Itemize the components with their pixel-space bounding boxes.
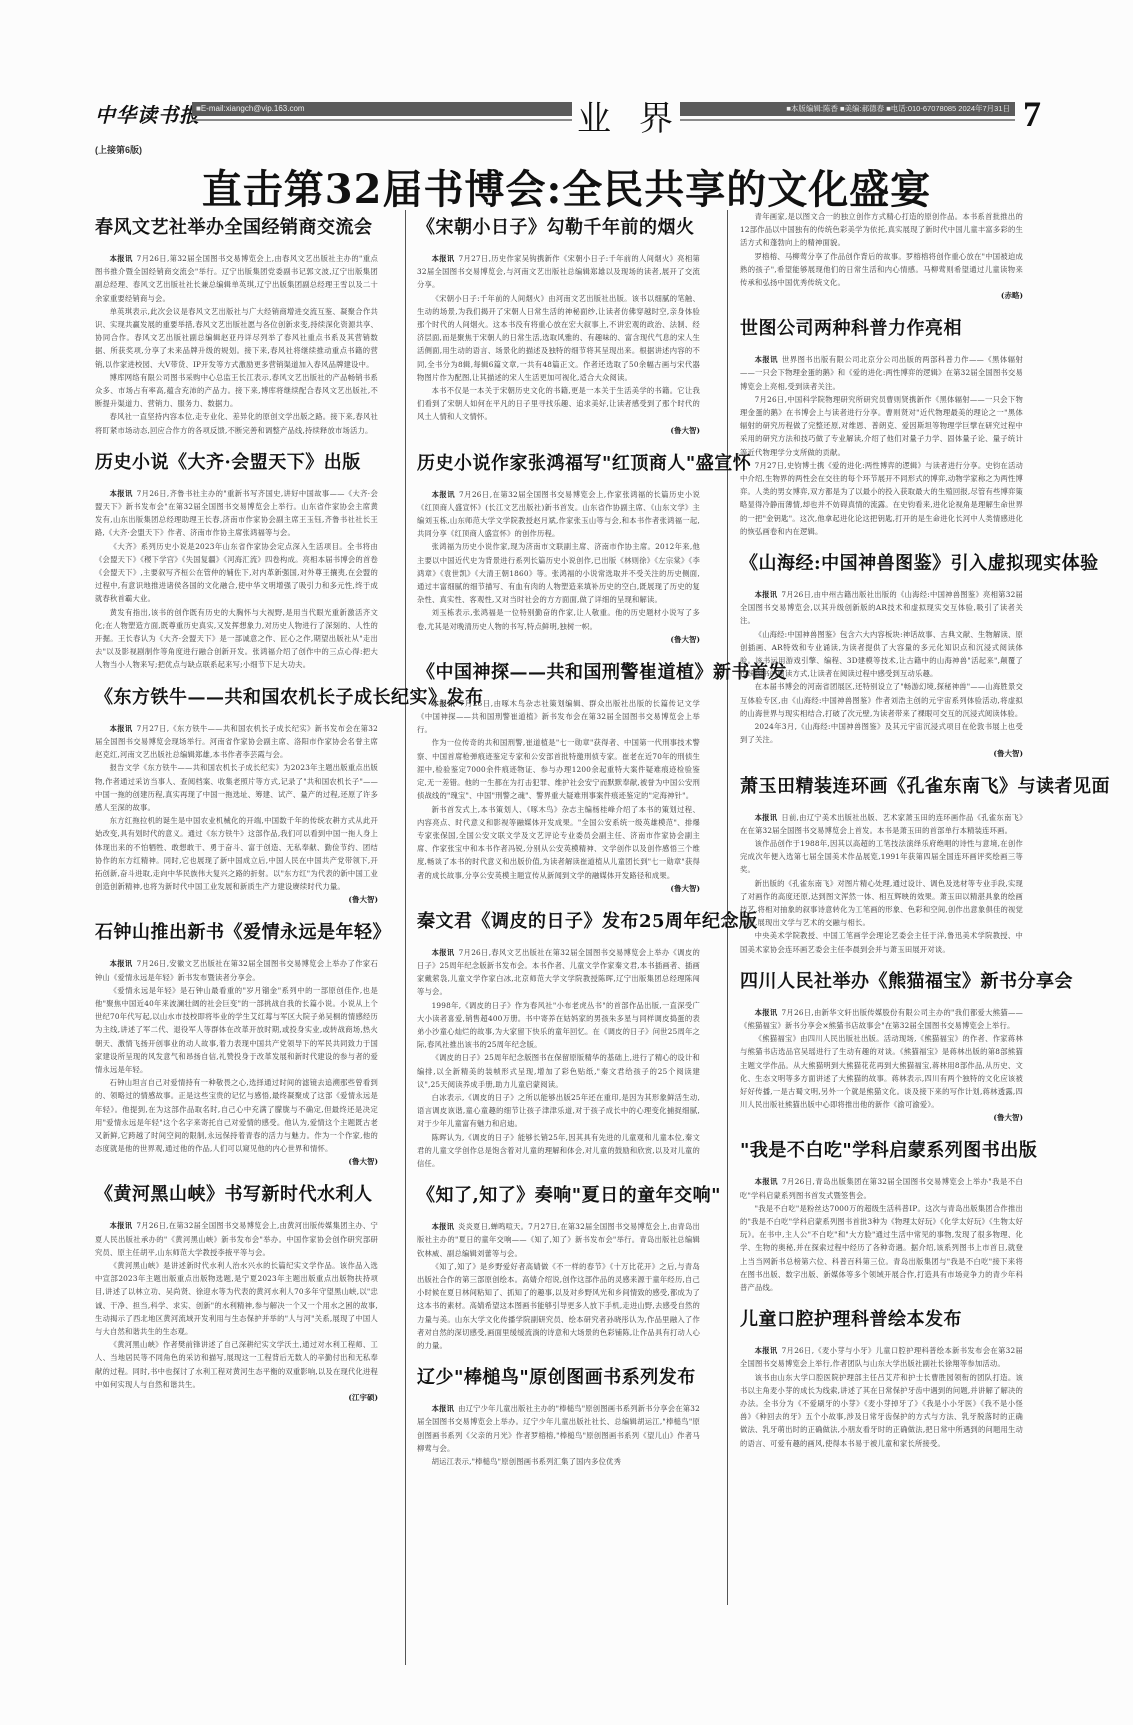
author-byline: (江宇硕)	[95, 1391, 378, 1405]
article-paragraph: 作为一位传奇的共和国刑警,崔道植是"七一勋章"获得者、中国第一代刑事技术警察、中…	[417, 736, 700, 802]
dateline: 本报讯	[755, 590, 778, 599]
dateline: 本报讯	[755, 1346, 778, 1355]
article-paragraph: 《知了,知了》是乡野爱好者高婧做《不一样的春节》《十万比花开》之后,与青岛出版社…	[417, 1260, 700, 1352]
article-paragraph: 石钟山坦言自己对爱情持有一种敬畏之心,选择通过时间的滤镜去追溯那些曾看到的、领略…	[95, 1076, 378, 1155]
divider	[680, 119, 1015, 121]
author-byline: (鲁大智)	[740, 1111, 1023, 1125]
article-paragraph: 本报讯7月26日,《麦小芽与小牙》儿童口腔护理科普绘本新书发布会在第32届全国图…	[740, 1344, 1023, 1370]
article-paragraph: 新书首发式上,本书策划人、《啄木鸟》杂志主编杨桂峰介绍了本书的策划过程、内容亮点…	[417, 803, 700, 882]
dateline: 本报讯	[755, 1008, 778, 1017]
article-title: 《山海经:中国神兽图鉴》引入虚拟现实体验	[740, 552, 1023, 576]
article: 历史小说作家张鸿福写"红顶商人"盛宣怀本报讯7月26日,在第32届全国图书交易博…	[417, 452, 700, 647]
paragraph-text: 7月26日,安徽文艺出版社在第32届全国图书交易博览会上举办了作家石钟山《爱情永…	[95, 959, 378, 981]
article-paragraph: 本报讯7月26日,由啄木鸟杂志社策划编辑、群众出版社出版的长篇传记文学《中国神探…	[417, 697, 700, 737]
article-title: 四川人民社举办《熊猫福宝》新书分享会	[740, 970, 1023, 994]
author-byline: (鲁大智)	[95, 1155, 378, 1169]
dateline: 本报讯	[110, 724, 133, 733]
article-paragraph: 本报讯7月26日,齐鲁书社主办的"重新书写齐国史,讲好中国故事——《大齐·会盟天…	[95, 487, 378, 540]
article-paragraph: 《爱情永远是年轻》是石钟山最看重的"岁月镏金"系列中的一部原创佳作,也是他"聚焦…	[95, 984, 378, 1076]
dateline: 本报讯	[110, 1221, 133, 1230]
article-paragraph: 本书不仅是一本关于宋朝历史文化的书籍,更是一本关于生活美学的书籍。它让我们看到了…	[417, 384, 700, 424]
article: 《中国神探——共和国刑警崔道植》新书首发本报讯7月26日,由啄木鸟杂志社策划编辑…	[417, 661, 700, 896]
article: "我是不白吃"学科启蒙系列图书出版本报讯7月26日,青岛出版集团在第32届全国图…	[740, 1139, 1023, 1294]
author-byline: (鲁大智)	[417, 633, 700, 647]
article-paragraph: 本报讯由辽宁少年儿童出版社主办的"棒槌鸟"原创图画书系列新书分享会在第32届全国…	[417, 1402, 700, 1455]
article-paragraph: 罗榕榕、马柳莺分享了作品创作背后的故事。罗榕榕将创作重心放在"中国被迫成熟的孩子…	[740, 250, 1023, 290]
author-byline: (鲁大智)	[417, 424, 700, 438]
dateline: 本报讯	[432, 254, 455, 263]
paragraph-text: 7月26日,由新华文轩出版传媒股份有限公司主办的"我们都爱大熊猫——《熊猫福宝》…	[740, 1008, 1023, 1030]
article: 《黄河黑山峡》书写新时代水利人本报讯7月26日,在第32届全国图书交易博览会上,…	[95, 1183, 378, 1405]
article-paragraph: 陈晖认为,《调皮的日子》能够长销25年,因其具有先进的儿童观和儿童本位,秦文君的…	[417, 1131, 700, 1171]
author-byline: (鲁大智)	[417, 882, 700, 896]
article: 萧玉田精装连环画《孔雀东南飞》与读者见面本报讯日前,由辽宁美术出版社出版、艺术家…	[740, 775, 1023, 956]
article: 四川人民社举办《熊猫福宝》新书分享会本报讯7月26日,由新华文轩出版传媒股份有限…	[740, 970, 1023, 1126]
article-paragraph: 在本届书博会的河南省团展区,还特别设立了"畅游幻境,探秘神兽"——山海胜景交互体…	[740, 680, 1023, 720]
paragraph-text: 7月26日,青岛出版集团在第32届全国图书交易博览会上举办"我是不白吃"学科启蒙…	[740, 1177, 1023, 1199]
column-divider	[405, 210, 406, 1665]
article-paragraph: 《熊猫福宝》由四川人民出版社出版。活动现场,《熊猫福宝》的作者、作家蒋林与熊猫书…	[740, 1032, 1023, 1111]
article-paragraph: 该书由山东大学口腔医院护理部主任吕艾芹和护士长曹胜园领衔的团队打造。该书以主角麦…	[740, 1371, 1023, 1450]
article: 春风文艺社举办全国经销商交流会本报讯7月26日,第32届全国图书交易博览会上,由…	[95, 216, 378, 437]
paragraph-text: 7月27日,《东方铁牛——共和国农机长子成长纪实》新书发布会在第32届全国图书交…	[95, 724, 378, 759]
article-title: 《宋朝小日子》勾勒千年前的烟火	[417, 216, 700, 240]
newspaper-page: 中华读书报 ■E-mail:xiangch@vip.163.com 业界 ■本版…	[0, 0, 1133, 1725]
article: 《宋朝小日子》勾勒千年前的烟火本报讯7月27日,历史作家吴钩携新作《宋朝小日子:…	[417, 216, 700, 438]
author-byline: (鲁大智)	[95, 893, 378, 907]
article-paragraph: 胡运江表示,"棒槌鸟"原创图画书系列汇集了国内多位优秀	[417, 1455, 700, 1468]
article-paragraph: 单英琪表示,此次会议是春风文艺出版社与广大经销商增进交流互鉴、凝聚合作共识、实现…	[95, 305, 378, 371]
masthead: 中华读书报 ■E-mail:xiangch@vip.163.com 业界 ■本版…	[95, 95, 1040, 143]
article-paragraph: 本报讯7月26日,在第32届全国图书交易博览会上,由黄河出版传媒集团主办、宁夏人…	[95, 1219, 378, 1259]
article: 青年画家,是以图文合一的独立创作方式精心打造的原创作品。本书系首批推出的12部作…	[740, 210, 1023, 303]
paragraph-text: 世界图书出版有限公司北京分公司出版的两部科普力作——《黑体辐射——一只会下物理金…	[740, 355, 1023, 390]
article-paragraph: "我是不白吃"是粉丝达7000万的超级生活科普IP。这次与青岛出版集团合作推出的…	[740, 1202, 1023, 1294]
paragraph-text: 日前,由辽宁美术出版社出版、艺术家萧玉田的连环画作品《孔雀东南飞》在在第32届全…	[740, 813, 1023, 835]
article-title: 《东方铁牛——共和国农机长子成长纪实》发布	[95, 686, 378, 710]
paragraph-text: 7月26日,在第32届全国图书交易博览会上,作家张鸿福的长篇历史小说《红顶商人盛…	[417, 490, 700, 539]
column-3: 青年画家,是以图文合一的独立创作方式精心打造的原创作品。本书系首批推出的12部作…	[740, 210, 1023, 1464]
article-title: 历史小说作家张鸿福写"红顶商人"盛宣怀	[417, 452, 700, 476]
paragraph-text: 7月26日,齐鲁书社主办的"重新书写齐国史,讲好中国故事——《大齐·会盟天下》新…	[95, 489, 378, 538]
divider	[192, 119, 572, 121]
article-title: 萧玉田精装连环画《孔雀东南飞》与读者见面	[740, 775, 1023, 799]
newspaper-logo: 中华读书报	[95, 99, 200, 128]
article-title: 《中国神探——共和国刑警崔道植》新书首发	[417, 661, 700, 685]
article-paragraph: 中央美术学院教授、中国工笔画学会理论艺委会主任于洋,鲁迅美术学院教授、中国美术家…	[740, 929, 1023, 955]
article-paragraph: 《黄河黑山峡》作者樊前锋讲述了自己深耕纪实文学沃土,通过对水利工程师、工人、当地…	[95, 1338, 378, 1391]
article-paragraph: 报告文学《东方铁牛——共和国农机长子成长纪实》为2023年主题出版重点出版物,作…	[95, 761, 378, 814]
email-bar: ■E-mail:xiangch@vip.163.com	[192, 102, 572, 116]
article-paragraph: 本报讯日前,由辽宁美术出版社出版、艺术家萧玉田的连环画作品《孔雀东南飞》在在第3…	[740, 811, 1023, 837]
article-paragraph: 1998年,《调皮的日子》作为春风社"小布老虎丛书"的首部作品出版,一直深受广大…	[417, 999, 700, 1052]
article-paragraph: 本报讯7月26日,青岛出版集团在第32届全国图书交易博览会上举办"我是不白吃"学…	[740, 1175, 1023, 1201]
article-paragraph: 7月26日,中国科学院物理研究所研究员曹则贤携新作《黑体辐射——一只会下物理金蛋…	[740, 393, 1023, 459]
article: 历史小说《大齐·会盟天下》出版本报讯7月26日,齐鲁书社主办的"重新书写齐国史,…	[95, 451, 378, 672]
paragraph-text: 7月26日,由中州古籍出版社出版的《山海经:中国神兽图鉴》亮相第32届全国图书交…	[740, 590, 1023, 625]
dateline: 本报讯	[755, 813, 778, 822]
paragraph-text: 7月26日,由啄木鸟杂志社策划编辑、群众出版社出版的长篇传记文学《中国神探——共…	[417, 699, 700, 734]
author-byline: (鲁大智)	[740, 747, 1023, 761]
paragraph-text: 7月26日,春风文艺出版社在第32届全国图书交易博览会上举办《调皮的日子》25周…	[417, 948, 700, 997]
dateline: 本报讯	[432, 699, 456, 708]
article-paragraph: 本报讯7月26日,由中州古籍出版社出版的《山海经:中国神兽图鉴》亮相第32届全国…	[740, 588, 1023, 628]
dateline: 本报讯	[432, 1222, 455, 1231]
column-divider	[727, 210, 728, 1605]
article-title: 《知了,知了》奏响"夏日的童年交响"	[417, 1184, 700, 1208]
article-title: 春风文艺社举办全国经销商交流会	[95, 216, 378, 240]
article-paragraph: 《宋朝小日子:千年前的人间烟火》由河南文艺出版社出版。该书以细腻的笔触、生动的场…	[417, 292, 700, 384]
editor-info-bar: ■本版编辑:陈香 ■美编:郝德春 ■电话:010-67078085 2024年7…	[680, 102, 1015, 116]
paragraph-text: 由辽宁少年儿童出版社主办的"棒槌鸟"原创图画书系列新书分享会在第32届全国图书交…	[417, 1404, 700, 1453]
dateline: 本报讯	[432, 948, 455, 957]
continued-note: (上接第6版)	[95, 143, 142, 156]
article-paragraph: 本报讯炎炎夏日,蝉鸣喧天。7月27日,在第32届全国图书交易博览会上,由青岛出版…	[417, 1220, 700, 1260]
dateline: 本报讯	[110, 959, 133, 968]
dateline: 本报讯	[755, 1177, 778, 1186]
article-paragraph: 《黄河黑山峡》是讲述新时代水利人治水兴水的长篇纪实文学作品。该作品入选中宣部20…	[95, 1259, 378, 1338]
article-paragraph: 青年画家,是以图文合一的独立创作方式精心打造的原创作品。本书系首批推出的12部作…	[740, 210, 1023, 250]
column-2: 《宋朝小日子》勾勒千年前的烟火本报讯7月27日,历史作家吴钩携新作《宋朝小日子:…	[417, 210, 700, 1482]
article-title: 历史小说《大齐·会盟天下》出版	[95, 451, 378, 475]
article-paragraph: 本报讯7月27日,《东方铁牛——共和国农机长子成长纪实》新书发布会在第32届全国…	[95, 722, 378, 762]
page-headline: 直击第32届书博会:全民共享的文化盛宴	[0, 158, 1133, 215]
article-paragraph: 《山海经:中国神兽图鉴》包含六大内容板块:神话故事、古典文献、生物解读、原创插画…	[740, 628, 1023, 681]
article-paragraph: 本报讯7月27日,历史作家吴钩携新作《宋朝小日子:千年前的人间烟火》亮相第32届…	[417, 252, 700, 292]
article-paragraph: 本报讯7月26日,由新华文轩出版传媒股份有限公司主办的"我们都爱大熊猫——《熊猫…	[740, 1006, 1023, 1032]
article: 《知了,知了》奏响"夏日的童年交响"本报讯炎炎夏日,蝉鸣喧天。7月27日,在第3…	[417, 1184, 700, 1352]
column-1: 春风文艺社举办全国经销商交流会本报讯7月26日,第32届全国图书交易博览会上,由…	[95, 210, 378, 1419]
page-number: 7	[1023, 93, 1041, 135]
dateline: 本报讯	[432, 490, 455, 499]
paragraph-text: 7月26日,第32届全国图书交易博览会上,由春风文艺出版社主办的"重点图书推介暨…	[95, 254, 378, 303]
paragraph-text: 7月26日,《麦小芽与小牙》儿童口腔护理科普绘本新书发布会在第32届全国图书交易…	[740, 1346, 1023, 1368]
paragraph-text: 7月27日,历史作家吴钩携新作《宋朝小日子:千年前的人间烟火》亮相第32届全国图…	[417, 254, 700, 289]
article-paragraph: 《大齐》系列历史小说是2023年山东省作家协会定点深入生活项目。全书将由《会盟天…	[95, 540, 378, 606]
article: 秦文君《调皮的日子》发布25周年纪念版本报讯7月26日,春风文艺出版社在第32届…	[417, 910, 700, 1170]
article: 辽少"棒槌鸟"原创图画书系列发布本报讯由辽宁少年儿童出版社主办的"棒槌鸟"原创图…	[417, 1366, 700, 1468]
dateline: 本报讯	[755, 355, 778, 364]
dateline: 本报讯	[110, 489, 133, 498]
article-paragraph: 博库网络有限公司图书采购中心总监王长江表示,春风文艺出版社的产品畅销书系众多、市…	[95, 371, 378, 411]
article: 石钟山推出新书《爱情永远是年轻》本报讯7月26日,安徽文艺出版社在第32届全国图…	[95, 921, 378, 1169]
article-title: 世图公司两种科普力作亮相	[740, 317, 1023, 341]
article: 世图公司两种科普力作亮相本报讯世界图书出版有限公司北京分公司出版的两部科普力作—…	[740, 317, 1023, 538]
article-title: 石钟山推出新书《爱情永远是年轻》	[95, 921, 378, 945]
paragraph-text: 7月26日,在第32届全国图书交易博览会上,由黄河出版传媒集团主办、宁夏人民出版…	[95, 1221, 378, 1256]
article-paragraph: 黄发有指出,该书的创作既有历史的大胸怀与大视野,是用当代眼光重新激活齐文化;在人…	[95, 606, 378, 672]
author-byline: (赤略)	[740, 289, 1023, 303]
article-paragraph: 《调皮的日子》25周年纪念版图书在保留原版精华的基础上,进行了精心的设计和编排,…	[417, 1051, 700, 1091]
article-paragraph: 春风社一直坚持内容本位,走专业化、差异化的原创文学出版之路。接下来,春风社将盯紧…	[95, 410, 378, 436]
dateline: 本报讯	[110, 254, 133, 263]
article-paragraph: 本报讯7月26日,第32届全国图书交易博览会上,由春风文艺出版社主办的"重点图书…	[95, 252, 378, 305]
article-title: 辽少"棒槌鸟"原创图画书系列发布	[417, 1366, 700, 1390]
article-title: 《黄河黑山峡》书写新时代水利人	[95, 1183, 378, 1207]
article: 儿童口腔护理科普绘本发布本报讯7月26日,《麦小芽与小牙》儿童口腔护理科普绘本新…	[740, 1308, 1023, 1450]
article-paragraph: 2024年3月,《山海经:中国神兽图鉴》及其元宇宙沉浸式项目在伦敦书展上也受到了…	[740, 720, 1023, 746]
article: 《山海经:中国神兽图鉴》引入虚拟现实体验本报讯7月26日,由中州古籍出版社出版的…	[740, 552, 1023, 760]
article-paragraph: 东方红拖拉机的诞生是中国农业机械化的开端,中国数千年的传统农耕方式从此开始改变,…	[95, 814, 378, 893]
paragraph-text: 炎炎夏日,蝉鸣喧天。7月27日,在第32届全国图书交易博览会上,由青岛出版社主办…	[417, 1222, 700, 1257]
dateline: 本报讯	[432, 1404, 455, 1413]
article-title: 儿童口腔护理科普绘本发布	[740, 1308, 1023, 1332]
article-paragraph: 7月27日,史钧博士携《爱的进化:两性博弈的逻辑》与读者进行分享。史钧在活动中介…	[740, 459, 1023, 538]
article-paragraph: 张鸿福为历史小说作家,现为济南市文联副主席、济南市作协主席。2012年来,他主要…	[417, 540, 700, 606]
article-paragraph: 本报讯世界图书出版有限公司北京分公司出版的两部科普力作——《黑体辐射——一只会下…	[740, 353, 1023, 393]
article-paragraph: 本报讯7月26日,在第32届全国图书交易博览会上,作家张鸿福的长篇历史小说《红顶…	[417, 488, 700, 541]
article-paragraph: 本报讯7月26日,安徽文艺出版社在第32届全国图书交易博览会上举办了作家石钟山《…	[95, 957, 378, 983]
article-paragraph: 刘玉栋表示,张鸿福是一位特别勤奋的作家,让人敬重。他的历史题材小说写了多卷,尤其…	[417, 606, 700, 632]
article-paragraph: 白冰表示,《调皮的日子》之所以能够出版25年还在重印,是因为其形象鲜活生动,语言…	[417, 1091, 700, 1131]
article: 《东方铁牛——共和国农机长子成长纪实》发布本报讯7月27日,《东方铁牛——共和国…	[95, 686, 378, 908]
article-paragraph: 新出版的《孔雀东南飞》对图片精心处理,通过设计、调色及选材等专业手段,实现了对画…	[740, 877, 1023, 930]
article-title: "我是不白吃"学科启蒙系列图书出版	[740, 1139, 1023, 1163]
article-paragraph: 本报讯7月26日,春风文艺出版社在第32届全国图书交易博览会上举办《调皮的日子》…	[417, 946, 700, 999]
article-title: 秦文君《调皮的日子》发布25周年纪念版	[417, 910, 700, 934]
article-paragraph: 该作品创作于1988年,因其以高超的工笔技法演绎乐府绝唱的诗性与意境,在创作完成…	[740, 837, 1023, 877]
